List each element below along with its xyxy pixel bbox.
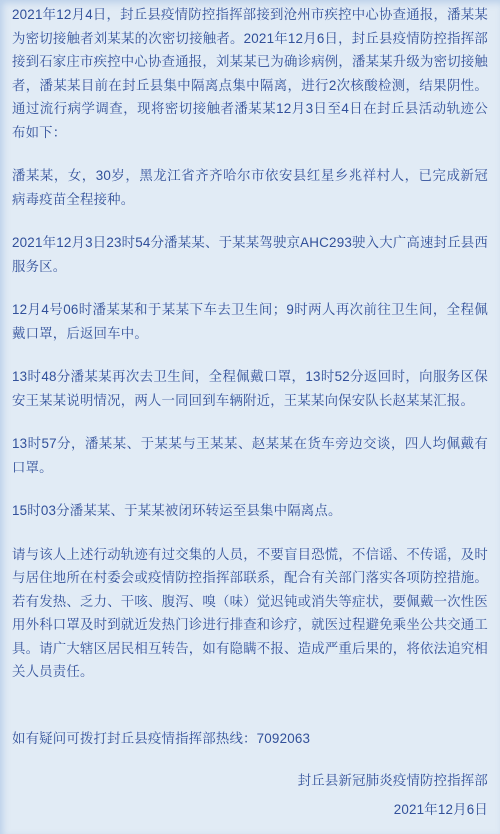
track-paragraph-dec3: 2021年12月3日23时54分潘某某、于某某驾驶京AHC293驶入大广高速封丘… [12,231,488,278]
hotline-label: 如有疑问可拨打封丘县疫情指挥部热线： [12,731,257,746]
epidemic-notice-document: 2021年12月4日，封丘县疫情防控指挥部接到沧州市疾控中心协查通报，潘某某为密… [0,0,500,834]
person-info-paragraph: 潘某某，女，30岁，黑龙江省齐齐哈尔市依安县红星乡兆祥村人，已完成新冠病毒疫苗全… [12,164,488,211]
signature-date: 2021年12月6日 [298,796,488,825]
hotline-number: 7092063 [257,731,311,746]
track-paragraph-1357: 13时57分，潘某某、于某某与王某某、赵某某在货车旁边交谈，四人均佩戴有口罩。 [12,432,488,479]
track-paragraph-dec4-morning: 12月4号06时潘某某和于某某下车去卫生间；9时两人再次前往卫生间，全程佩戴口罩… [12,298,488,345]
track-paragraph-1503: 15时03分潘某某、于某某被闭环转运至县集中隔离点。 [12,499,488,523]
signature-block: 封丘县新冠肺炎疫情防控指挥部 2021年12月6日 [298,767,488,824]
advisory-paragraph: 请与该人上述行动轨迹有过交集的人员，不要盲目恐慌，不信谣、不传谣，及时与居住地所… [12,543,488,684]
track-paragraph-1348: 13时48分潘某某再次去卫生间，全程佩戴口罩，13时52分返回时，向服务区保安王… [12,365,488,412]
hotline-paragraph: 如有疑问可拨打封丘县疫情指挥部热线：7092063 [12,727,488,751]
signature-organization: 封丘县新冠肺炎疫情防控指挥部 [298,767,488,796]
notice-intro-paragraph: 2021年12月4日，封丘县疫情防控指挥部接到沧州市疾控中心协查通报，潘某某为密… [12,3,488,144]
